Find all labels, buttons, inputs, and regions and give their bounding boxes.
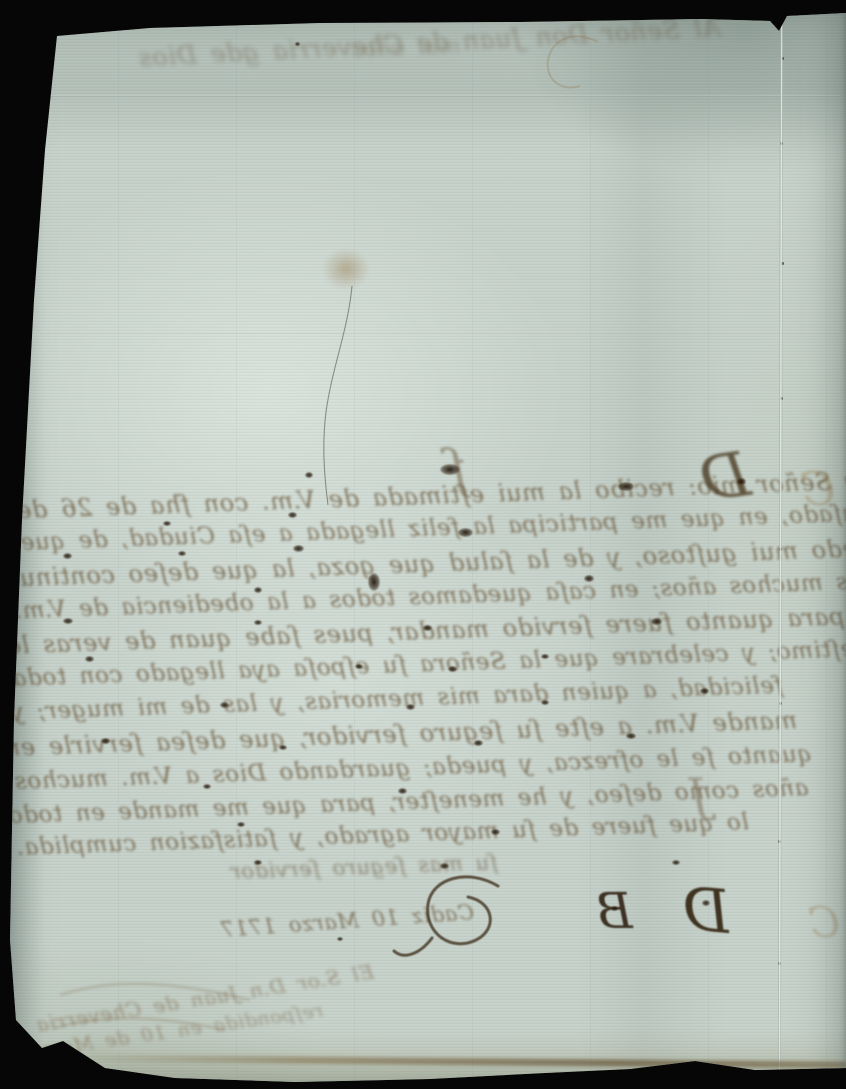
ink-blot [254, 587, 262, 593]
ink-blot [672, 860, 680, 865]
margin-faint-curve: C [800, 462, 835, 516]
top-docket-bleed-text-2: mui años [350, 36, 461, 62]
ink-blot [63, 553, 72, 559]
ink-blot [337, 937, 343, 941]
date-line-bleed: Cadiz 10 Marzo 1717 [220, 902, 475, 941]
ink-blot [85, 656, 94, 662]
signature-mark-d: D [679, 874, 733, 948]
ink-blot [293, 545, 304, 552]
fold-top-notch [770, 14, 790, 30]
ink-blot [541, 654, 549, 659]
signature-mark-b: B [596, 882, 633, 940]
ink-blot [541, 700, 549, 705]
margin-flourish-loop: D [695, 437, 754, 516]
ink-blot [448, 666, 457, 672]
crease-crack-line [324, 286, 352, 505]
ascender-flourish: J [690, 768, 708, 822]
scanner-background: { "scan": { "description": "Verso of an … [0, 0, 846, 1089]
ink-blot [584, 575, 594, 582]
ink-blot [254, 620, 262, 625]
stain-spot [322, 248, 370, 290]
ink-blot [220, 702, 229, 708]
ink-blot [423, 625, 432, 631]
ink-blot [702, 900, 710, 906]
ink-blot [355, 664, 363, 669]
ink-blot [618, 482, 634, 491]
ink-blot [398, 788, 407, 794]
closing-line-bleed: ſu mas ſeguro ſervidor [230, 852, 498, 882]
horizontal-crease [40, 332, 840, 334]
ink-blot [295, 42, 300, 46]
ink-blot [203, 784, 211, 789]
ink-blot [254, 860, 262, 865]
ink-blot [237, 822, 245, 827]
ink-blot [491, 829, 500, 835]
bottom-edge-discoloration [60, 1055, 846, 1069]
ink-blot [440, 464, 460, 475]
ink-blot [178, 551, 186, 556]
manuscript-paper-sheet: Al Señor Don Juan de Cheverria gde Dios … [0, 0, 846, 1089]
ink-blot [440, 863, 449, 869]
ink-blot [101, 738, 110, 744]
horizontal-crease [40, 95, 840, 97]
ink-blot [651, 618, 662, 625]
ink-blot [305, 472, 313, 478]
ink-blot [63, 618, 73, 624]
ink-blot [163, 521, 171, 526]
ink-blot [279, 745, 287, 750]
ink-blot [458, 528, 473, 537]
ink-blot [700, 688, 709, 694]
ink-blot [406, 704, 415, 710]
ink-blot [611, 906, 618, 911]
ink-blot [368, 573, 380, 591]
scan-stage: Al Señor Don Juan de Cheverria gde Dios … [0, 0, 846, 1089]
ink-blot [626, 733, 636, 739]
ink-blot [288, 512, 297, 518]
right-edge-faint-curve: C [808, 898, 840, 947]
ink-blot [474, 740, 483, 746]
ink-blot [737, 478, 746, 485]
